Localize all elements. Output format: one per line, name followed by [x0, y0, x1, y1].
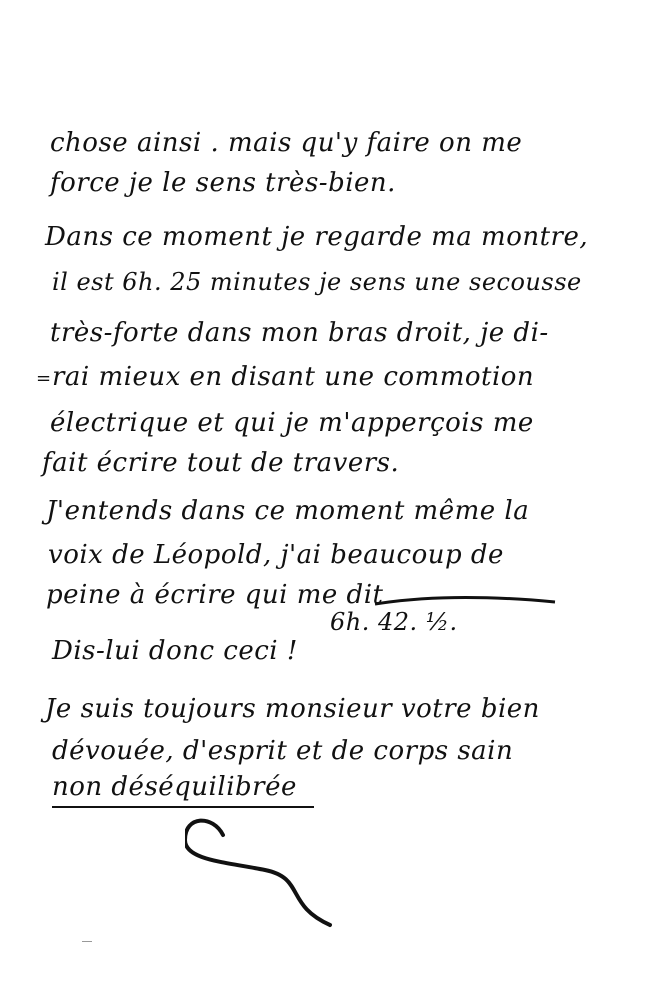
letter-line-5: très-forte dans mon bras droit, je di- [50, 318, 549, 348]
dash-stroke [370, 590, 570, 610]
letter-line-10: voix de Léopold, j'ai beaucoup de [48, 540, 504, 570]
letter-line-8: fait écrire tout de travers. [42, 448, 399, 478]
letter-line-13: Je suis toujours monsieur votre bien [45, 694, 540, 724]
letter-line-2: force je le sens très-bien. [50, 168, 396, 198]
letter-line-11: peine à écrire qui me dit [46, 580, 383, 610]
handwritten-letter-page: chose ainsi . mais qu'y faire on me forc… [0, 0, 650, 1000]
letter-line-14: dévouée, d'esprit et de corps sain [52, 736, 513, 766]
letter-line-7: électrique et qui je m'apperçois me [50, 408, 534, 438]
signature-flourish [185, 810, 345, 930]
letter-line-3: Dans ce moment je regarde ma montre, [45, 222, 588, 252]
letter-line-1: chose ainsi . mais qu'y faire on me [50, 128, 522, 158]
stray-mark [82, 941, 92, 942]
letter-line-12: Dis-lui donc ceci ! [52, 636, 298, 666]
letter-line-6: rai mieux en disant une commotion [52, 362, 534, 392]
time-annotation: 6h. 42. ½. [330, 608, 458, 636]
letter-line-15: non déséquilibrée [52, 772, 314, 808]
hyphen-mark: = [36, 368, 51, 389]
letter-line-4: il est 6h. 25 minutes je sens une secous… [52, 268, 582, 296]
letter-line-9: J'entends dans ce moment même la [46, 496, 529, 526]
